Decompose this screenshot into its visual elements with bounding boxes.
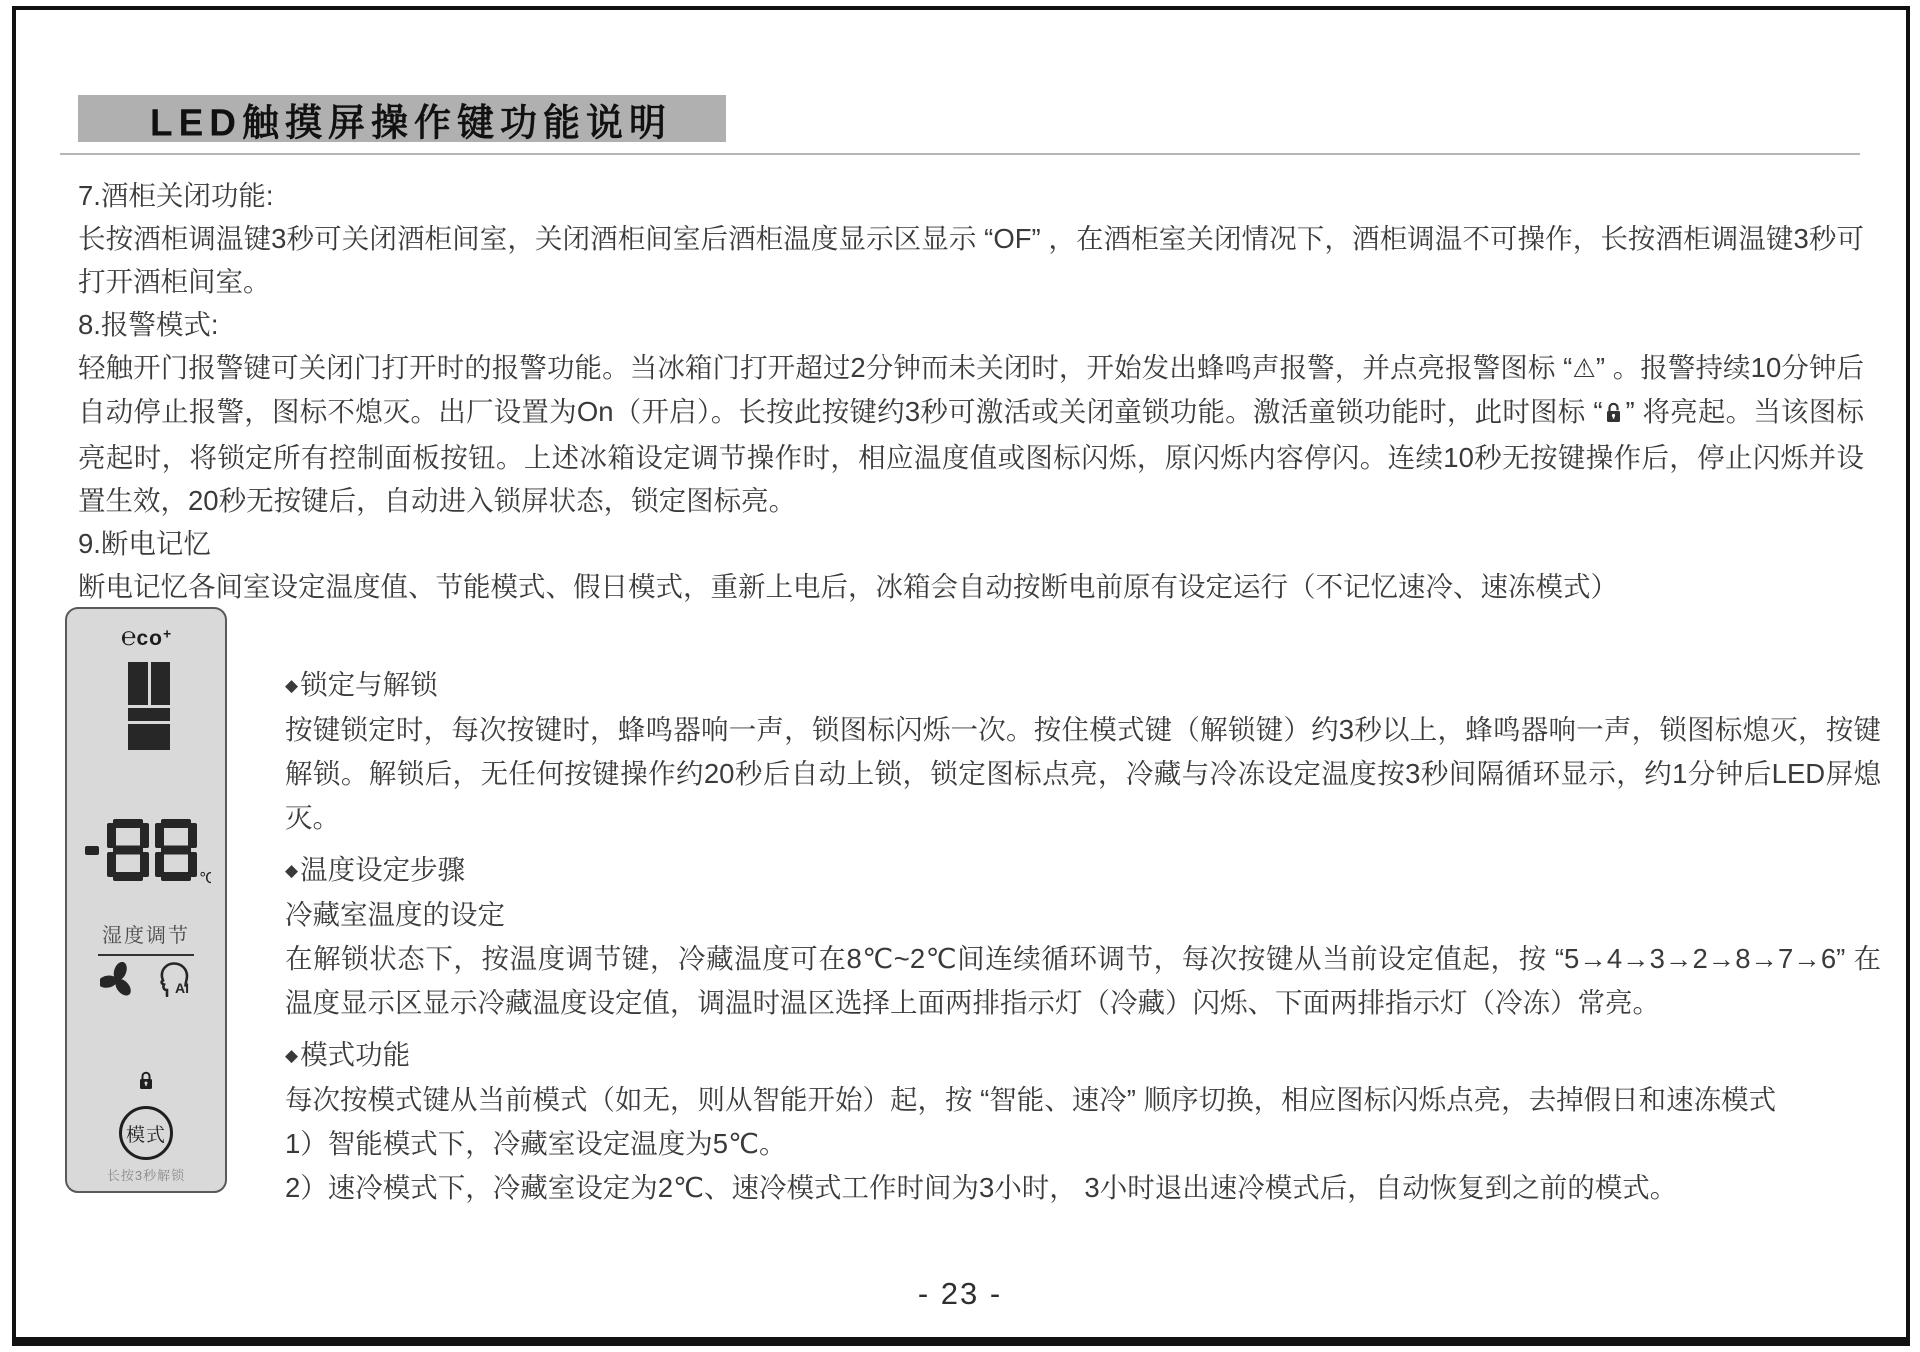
detail-temp-title: ◆温度设定步骤	[285, 848, 1881, 893]
section9-heading: 9.断电记忆	[78, 522, 1864, 565]
detail-temp-body: 在解锁状态下，按温度调节键，冷藏温度可在8℃~2℃间连续循环调节，每次按键从当前…	[285, 937, 1881, 1025]
unlock-hint: 长按3秒解锁	[67, 1165, 225, 1184]
detail-mode-body: 每次按模式键从当前模式（如无，则从智能开始）起，按 “智能、速冷” 顺序切换，相…	[285, 1078, 1881, 1122]
section9-body: 断电记忆各间室设定温度值、节能模式、假日模式，重新上电后，冰箱会自动按断电前原有…	[78, 565, 1864, 608]
section8-body: 轻触开门报警键可关闭门打开时的报警功能。当冰箱门打开超过2分钟而未关闭时，开始发…	[78, 346, 1864, 522]
svg-text:℃: ℃	[199, 869, 211, 885]
manual-page: LED触摸屏操作键功能说明 7.酒柜关闭功能: 长按酒柜调温键3秒可关闭酒柜间室…	[0, 0, 1920, 1352]
temperature-display: ℃	[85, 817, 211, 890]
section-title-bar: LED触摸屏操作键功能说明	[78, 95, 726, 142]
header-divider	[60, 153, 1860, 155]
page-title: LED触摸屏操作键功能说明	[78, 91, 672, 146]
fan-icon	[100, 962, 134, 1001]
detail-column: ◆锁定与解锁 按键锁定时，每次按键时，蜂鸣器响一声，锁图标闪烁一次。按住模式键（…	[285, 663, 1881, 1210]
fridge-right-door	[151, 662, 171, 705]
mode-icons-row: AI	[67, 961, 225, 1002]
fridge-doors-icon	[128, 662, 170, 750]
fridge-lower-drawer	[128, 724, 170, 750]
alarm-triangle-icon: ⚠	[1572, 353, 1595, 383]
adjust-label-wrap: 湿度调节	[67, 919, 225, 956]
diamond-bullet: ◆	[285, 861, 298, 880]
mode-button-label: 模式	[126, 1120, 166, 1147]
section7-body: 长按酒柜调温键3秒可关闭酒柜间室，关闭酒柜间室后酒柜温度显示区显示 “OF” ，…	[78, 217, 1864, 303]
eco-logo: ℮co+	[67, 622, 225, 652]
seven-segment-display-icon: ℃	[85, 817, 211, 885]
detail-mode-title: ◆模式功能	[285, 1033, 1881, 1078]
detail-mode-item2: 2）速冷模式下，冷藏室设定为2℃、速冷模式工作时间为3小时， 3小时退出速冷模式…	[285, 1166, 1881, 1210]
diamond-bullet: ◆	[285, 1046, 298, 1065]
fridge-left-door	[128, 662, 148, 705]
diamond-bullet: ◆	[285, 676, 298, 695]
fridge-upper-drawer	[128, 708, 170, 721]
page-number: - 23 -	[0, 1276, 1920, 1312]
ai-head-icon: AI	[154, 961, 192, 1002]
detail-mode-item1: 1）智能模式下，冷藏室设定温度为5℃。	[285, 1122, 1881, 1166]
detail-temp-subtitle: 冷藏室温度的设定	[285, 893, 1881, 937]
svg-text:AI: AI	[175, 980, 189, 996]
section8-heading: 8.报警模式:	[78, 303, 1864, 346]
mode-button: 模式	[119, 1106, 173, 1160]
child-lock-padlock-icon	[1604, 393, 1623, 436]
humidity-adjust-label: 湿度调节	[98, 919, 194, 956]
eco-leaf-e: ℮	[121, 622, 137, 652]
detail-lock-title: ◆锁定与解锁	[285, 663, 1881, 708]
lock-status-wrap	[67, 1071, 225, 1092]
main-text: 7.酒柜关闭功能: 长按酒柜调温键3秒可关闭酒柜间室，关闭酒柜间室后酒柜温度显示…	[78, 174, 1864, 608]
section7-heading: 7.酒柜关闭功能:	[78, 174, 1864, 217]
led-control-panel: ℮co+	[65, 607, 227, 1193]
padlock-icon	[138, 1071, 154, 1092]
detail-lock-body: 按键锁定时，每次按键时，蜂鸣器响一声，锁图标闪烁一次。按住模式键（解锁键）约3秒…	[285, 708, 1881, 840]
